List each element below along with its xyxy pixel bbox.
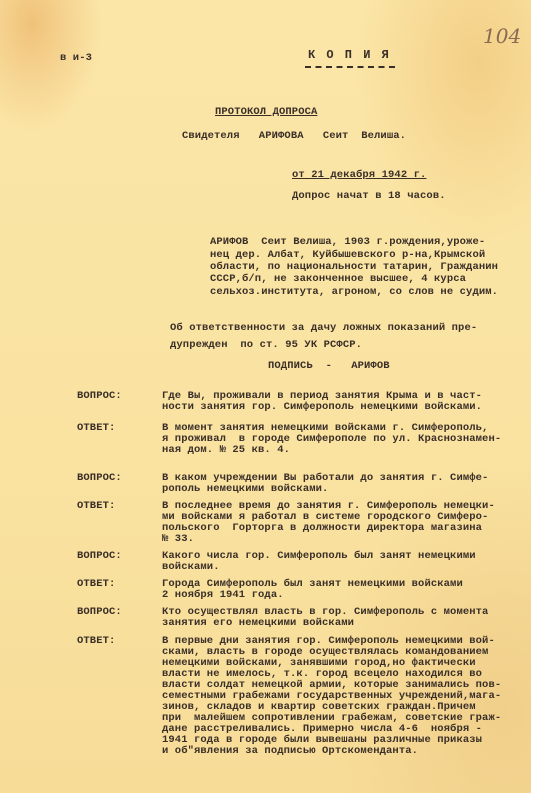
copy-mark: К О П И Я — [308, 50, 391, 61]
answer-label: ОТВЕТ: — [77, 636, 115, 647]
question-label: ВОПРОС: — [77, 607, 122, 618]
question-label: ВОПРОС: — [77, 473, 122, 484]
document-title: ПРОТОКОЛ ДОПРОСА — [215, 107, 317, 118]
witness-line: Свидетеля АРИФОВА Сеит Велиша. — [182, 131, 406, 142]
date-line: от 21 декабря 1942 г. — [292, 170, 426, 181]
signature-line: ПОДПИСЬ - АРИФОВ — [268, 361, 390, 372]
document-page: в и-3 104 К О П И Я ПРОТОКОЛ ДОПРОСА Сви… — [0, 0, 531, 793]
answer-label: ОТВЕТ: — [77, 579, 115, 590]
question-label: ВОПРОС: — [77, 551, 122, 562]
interrogation-start: Допрос начат в 18 часов. — [292, 191, 446, 202]
handwritten-page-number: 104 — [483, 24, 521, 48]
copy-mark-underline — [305, 66, 395, 68]
question-label: ВОПРОС: — [77, 391, 122, 402]
answer-label: ОТВЕТ: — [77, 501, 115, 512]
archive-reference: в и-3 — [60, 53, 92, 64]
answer-label: ОТВЕТ: — [77, 423, 115, 434]
